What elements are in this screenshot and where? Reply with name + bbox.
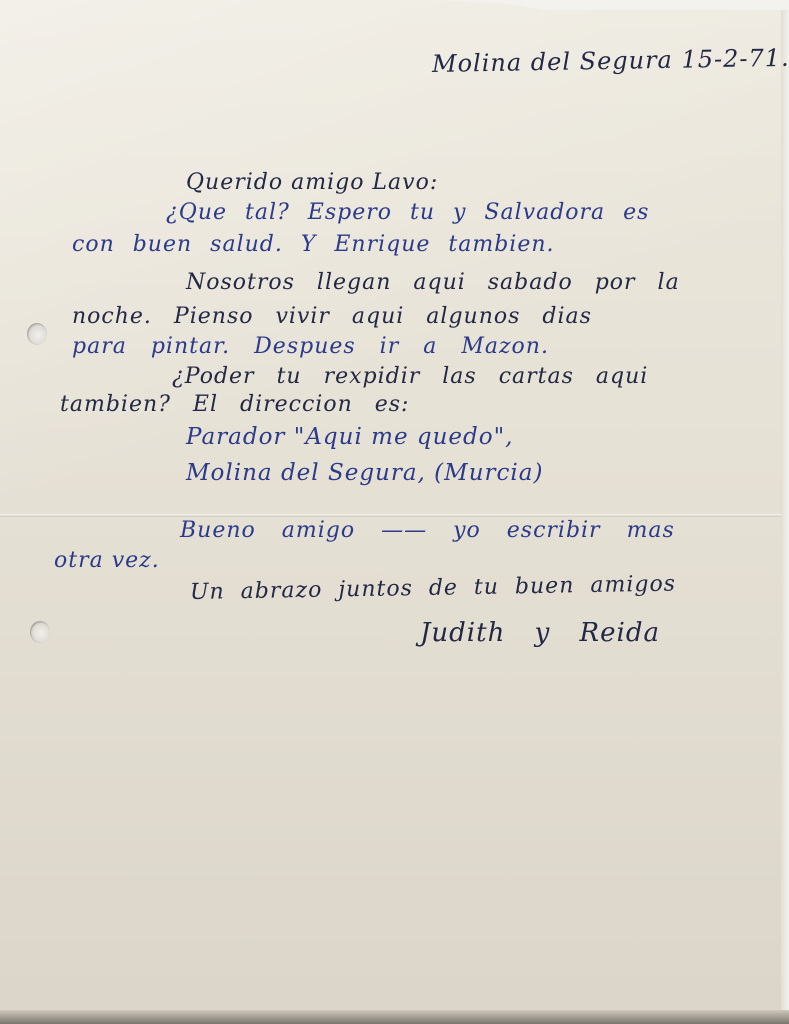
signature: Judith y Reida [420,618,660,648]
punch-hole-bottom [30,621,50,643]
body-line-2: con buen salud. Y Enrique tambien. [72,232,555,257]
body-line-1: ¿Que tal? Espero tu y Salvadora es [166,200,649,225]
body-line-5: para pintar. Despues ir a Mazon. [72,334,549,359]
body-line-address-1: Parador "Aqui me quedo", [186,424,513,450]
salutation: Querido amigo Lavo: [186,170,438,195]
body-line-6: ¿Poder tu rexpidir las cartas aqui [172,364,648,389]
letter-paper [0,0,782,1010]
paper-right-edge [781,0,789,1024]
body-line-address-2: Molina del Segura, (Murcia) [186,460,543,486]
closing-line-1: Bueno amigo —— yo escribir mas [180,518,675,543]
body-line-3: Nosotros llegan aqui sabado por la [186,270,680,295]
paper-bottom-edge [0,1010,789,1024]
punch-hole-top [27,323,47,345]
body-line-7: tambien? El direccion es: [60,392,409,417]
body-line-4: noche. Pienso vivir aqui algunos dias [72,304,592,329]
paper-fold-line [0,514,781,517]
closing-line-2: otra vez. [54,548,160,573]
